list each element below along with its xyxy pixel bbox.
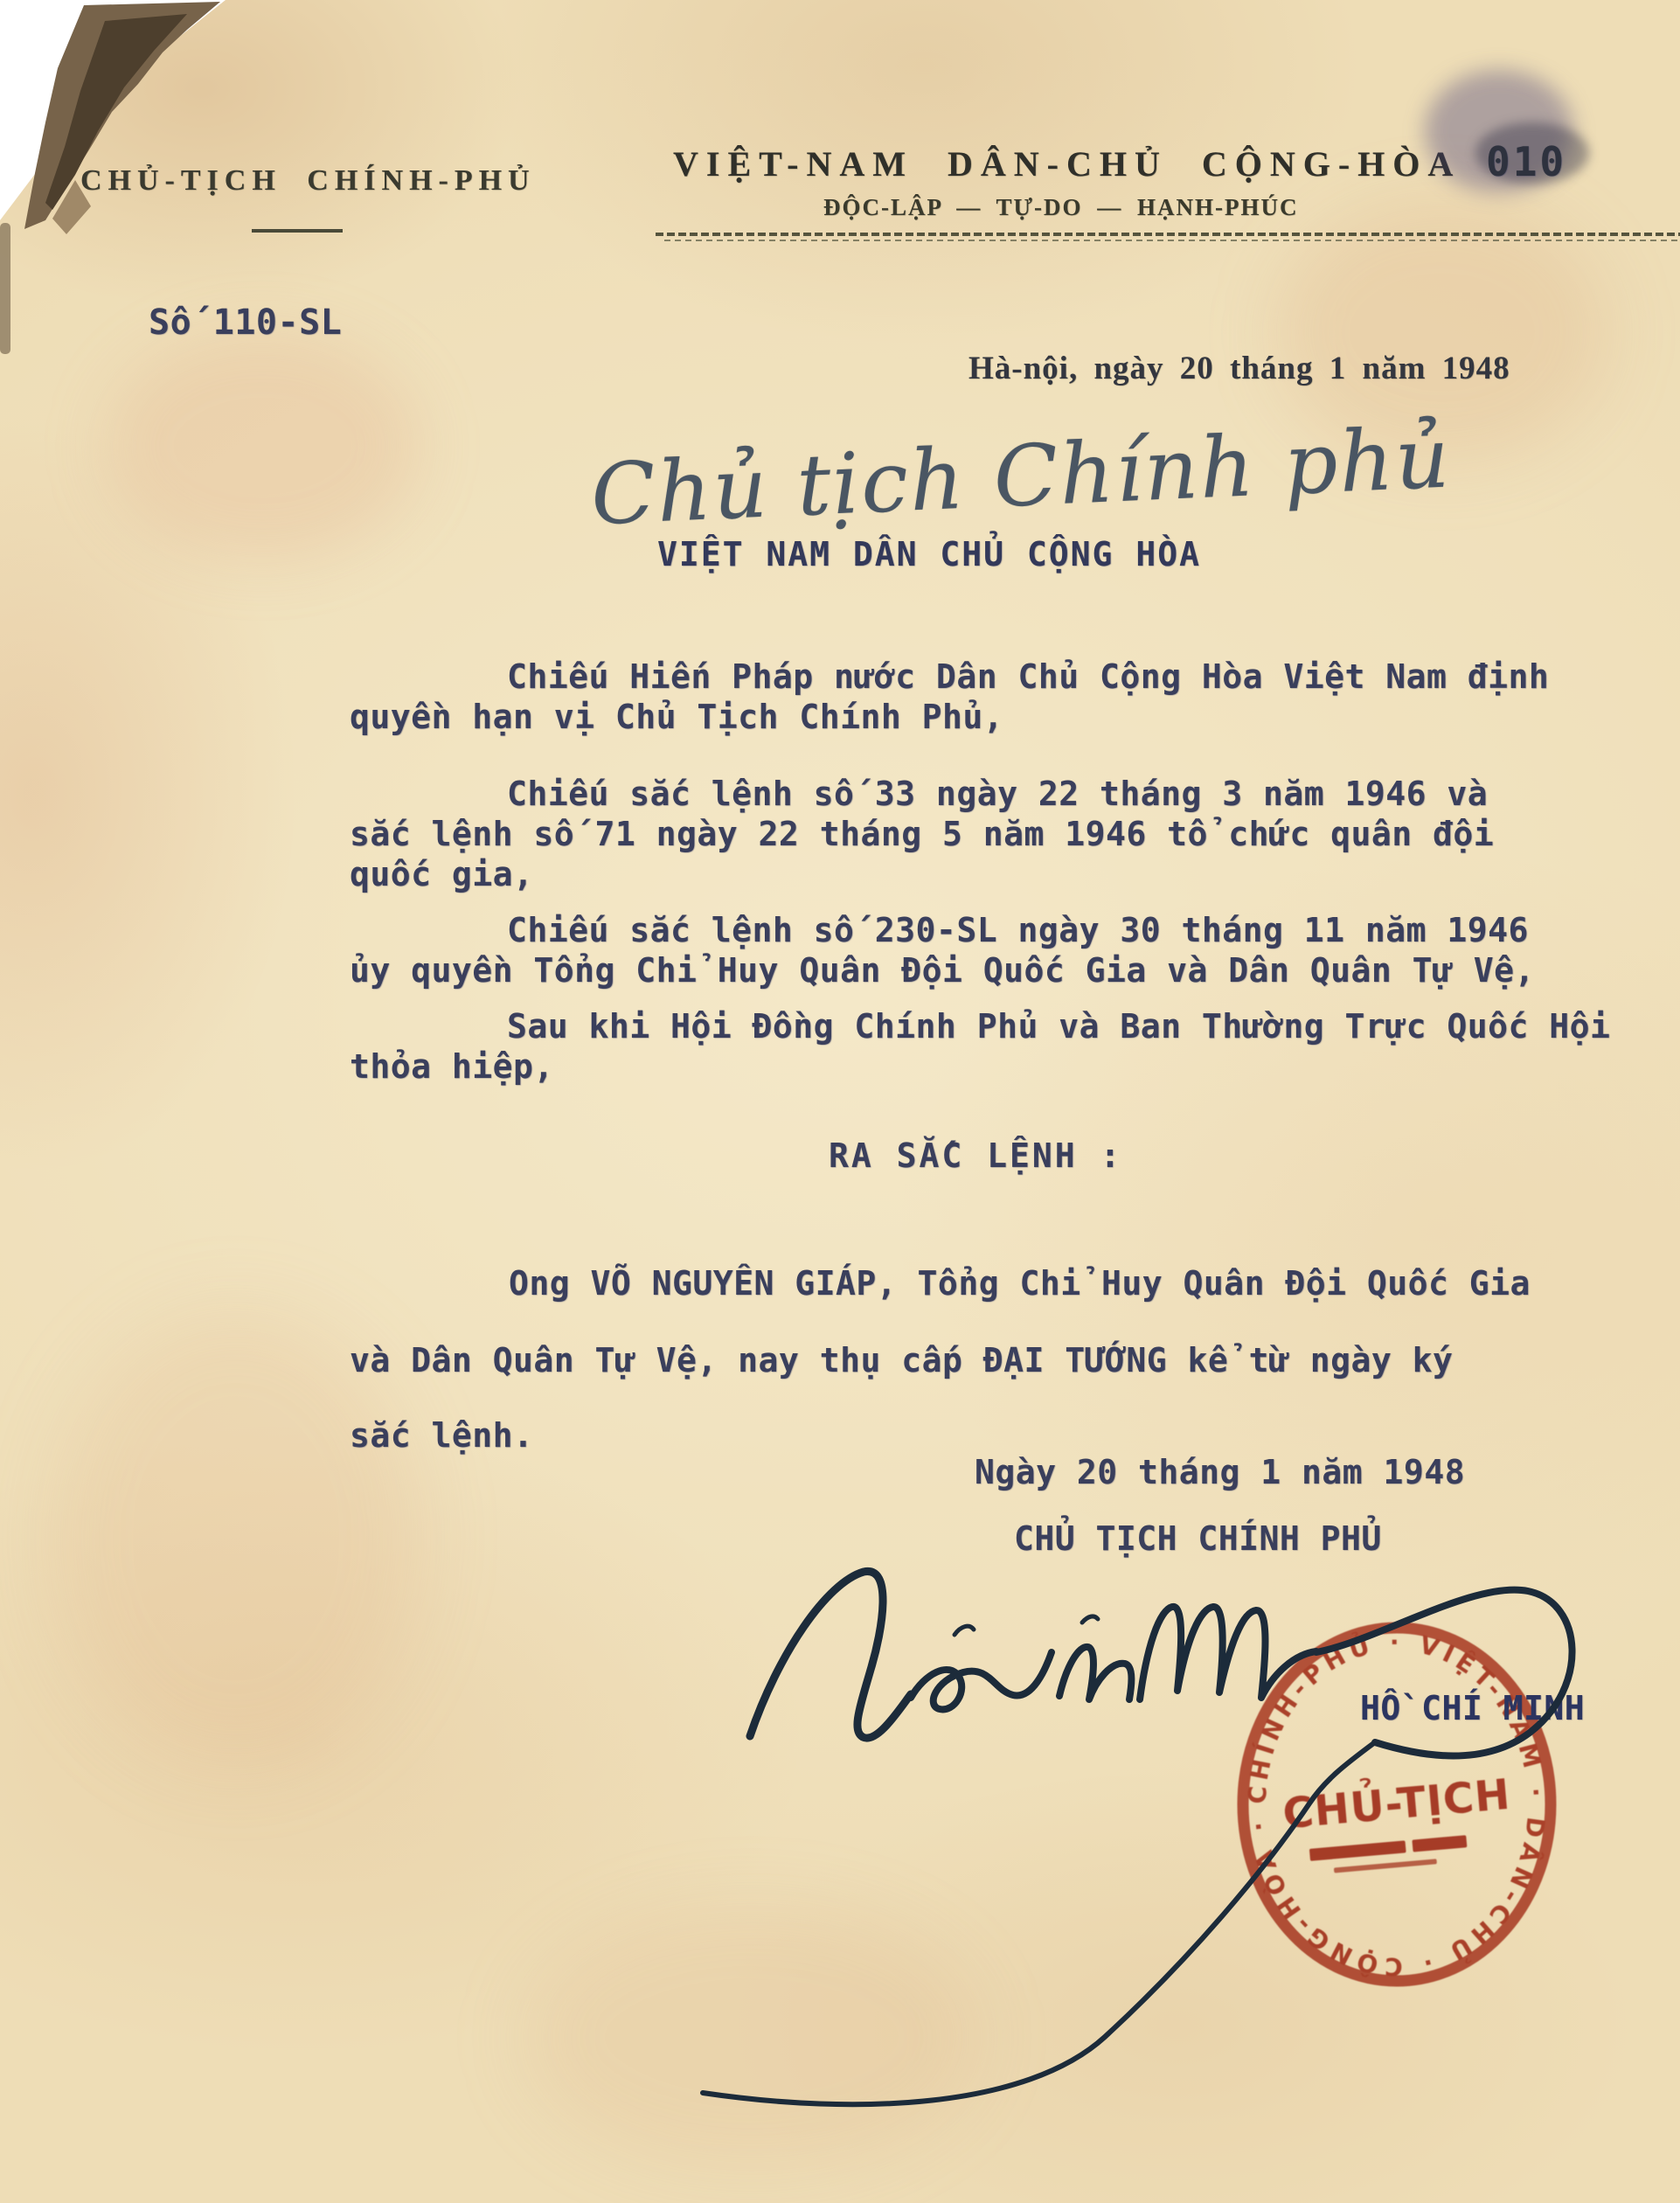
paper-stain xyxy=(52,1311,420,1766)
body-line: thỏa hiệp, xyxy=(350,1047,554,1086)
issuing-office-underline xyxy=(252,229,343,233)
body-line: sắc lệnh số 71 ngày 22 tháng 5 năm 1946 … xyxy=(350,815,1494,853)
scanned-decree-document: CHỦ-TỊCH CHÍNH-PHỦ VIỆT-NAM DÂN-CHỦ CỘNG… xyxy=(0,0,1680,2203)
body-line: quyền hạn vị Chủ Tịch Chính Phủ, xyxy=(350,698,1003,736)
body-line: Chiếu sắc lệnh số 230-SL ngày 30 tháng 1… xyxy=(507,911,1529,949)
decree-heading: RA SẮC LỆNH : xyxy=(829,1136,1122,1175)
body-line: Chiếu sắc lệnh số 33 ngày 22 tháng 3 năm… xyxy=(507,775,1488,813)
document-number: Số 110-SL xyxy=(149,302,342,343)
title-subtitle: VIỆT NAM DÂN CHỦ CỘNG HÒA xyxy=(657,535,1201,573)
serial-number: 010 xyxy=(1486,138,1566,185)
header-rule xyxy=(664,240,1680,241)
edge-mark xyxy=(0,223,10,354)
header-rule xyxy=(656,233,1680,236)
issuing-office-title: CHỦ-TỊCH CHÍNH-PHỦ xyxy=(80,164,536,198)
body-line: Chiếu Hiến Pháp nước Dân Chủ Cộng Hòa Vi… xyxy=(507,657,1549,696)
national-title: VIỆT-NAM DÂN-CHỦ CỘNG-HÒA xyxy=(673,143,1461,184)
decree-line: Ong VÕ NGUYÊN GIÁP, Tổng Chỉ Huy Quân Độ… xyxy=(509,1264,1531,1303)
body-line: ủy quyền Tổng Chỉ Huy Quân Đội Quốc Gia … xyxy=(350,951,1535,990)
dateline: Hà-nội, ngày 20 tháng 1 năm 1948 xyxy=(968,350,1510,387)
ho-chi-minh-signature xyxy=(647,1549,1678,2109)
body-line: quốc gia, xyxy=(350,855,533,893)
script-title: Chủ tịch Chính phủ xyxy=(589,414,1327,545)
paper-stain xyxy=(105,332,420,559)
national-motto: ĐỘC-LẬP — TỰ-DO — HẠNH-PHÚC xyxy=(823,194,1298,221)
torn-corner xyxy=(0,0,297,262)
closing-date: Ngày 20 tháng 1 năm 1948 xyxy=(975,1453,1465,1491)
decree-line: và Dân Quân Tự Vệ, nay thụ cấp ĐẠI TƯỚNG… xyxy=(350,1341,1453,1379)
decree-line: sắc lệnh. xyxy=(350,1416,533,1455)
body-line: Sau khi Hội Đồng Chính Phủ và Ban Thường… xyxy=(507,1007,1610,1046)
